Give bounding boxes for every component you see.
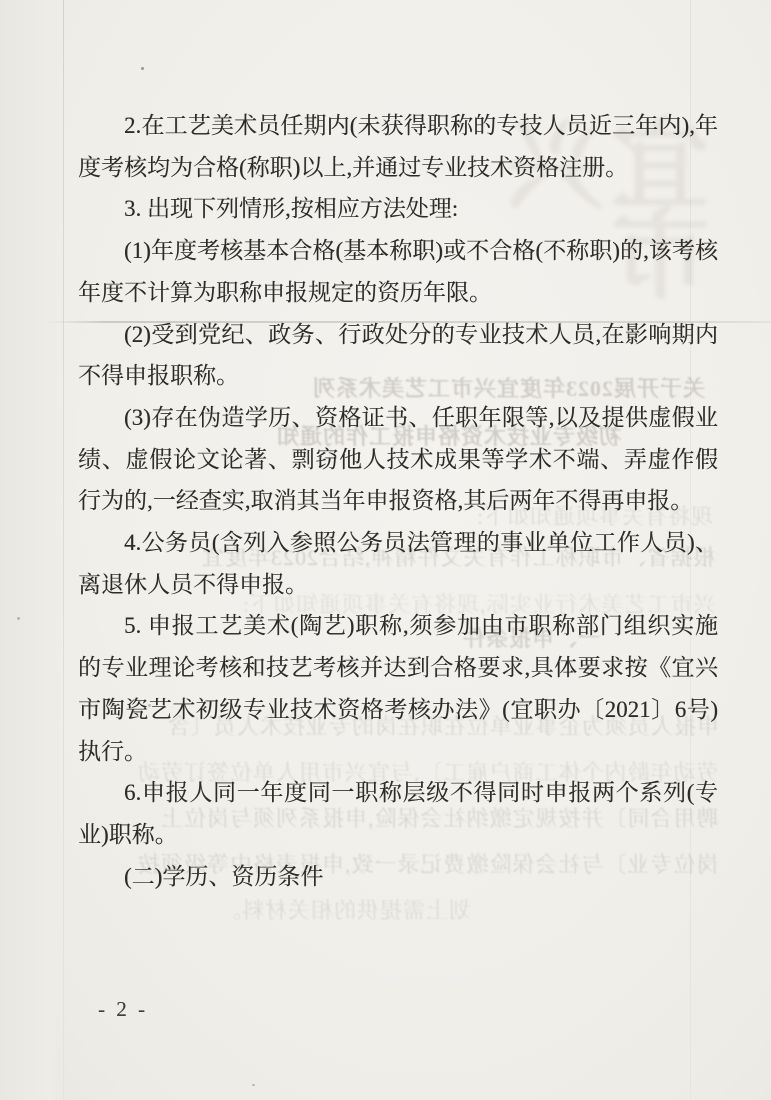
document-body: 2.在工艺美术员任期内(未获得职称的专技人员近三年内),年度考核均为合格(称职)… [78, 105, 718, 897]
page-number: - 2 - [98, 997, 148, 1022]
scan-speck [148, 704, 151, 707]
paragraph: 4.公务员(含列入参照公务员法管理的事业单位工作人员)、离退休人员不得申报。 [78, 522, 718, 605]
paragraph: 5. 申报工艺美术(陶艺)职称,须参加由市职称部门组织实施的专业理论考核和技艺考… [78, 605, 718, 772]
paragraph: (1)年度考核基本合格(基本称职)或不合格(不称职)的,该考核年度不计算为职称申… [78, 230, 718, 313]
bleedthrough-line: 划上需提供的相关材料。 [218, 894, 471, 925]
scanned-document-page: 宜兴市 关于开展2023年度宜兴市工艺美术系列 初级专业技术资格申报工作的通知 … [0, 0, 771, 1100]
paragraph: (2)受到党纪、政务、行政处分的专业技术人员,在影响期内不得申报职称。 [78, 314, 718, 397]
scan-speck [141, 67, 144, 70]
scan-fold-line-left [63, 0, 64, 1100]
scan-speck [17, 617, 20, 620]
section-heading: (二)学历、资历条件 [78, 856, 718, 898]
paragraph: 3. 出现下列情形,按相应方法处理: [78, 188, 718, 230]
paragraph: 2.在工艺美术员任期内(未获得职称的专技人员近三年内),年度考核均为合格(称职)… [78, 105, 718, 188]
scan-speck [252, 1084, 255, 1086]
paragraph: (3)存在伪造学历、资格证书、任职年限等,以及提供虚假业绩、虚假论文论著、剽窃他… [78, 397, 718, 522]
paragraph: 6.申报人同一年度同一职称层级不得同时申报两个系列(专业)职称。 [78, 772, 718, 855]
